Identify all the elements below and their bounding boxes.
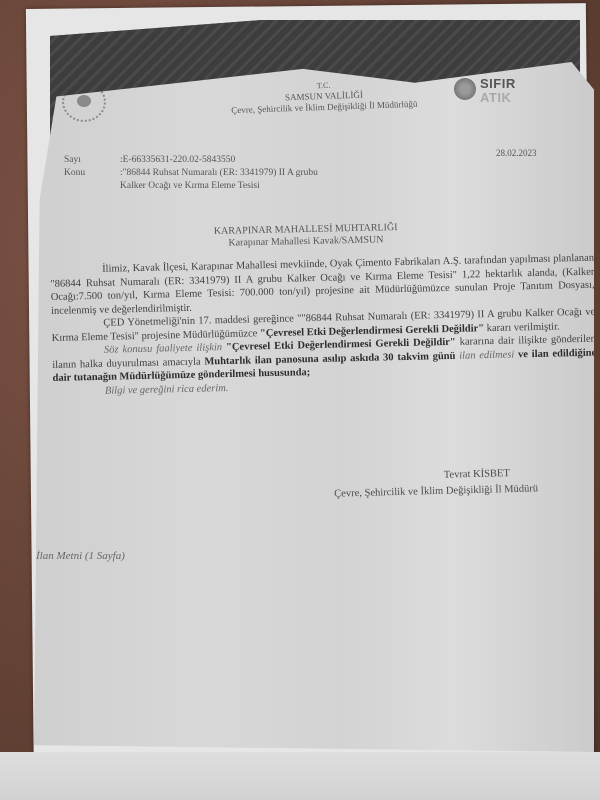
sayi-value: :E-66335631-220.02-5843550 xyxy=(120,154,330,167)
attachment-note: İlan Metni (1 Sayfa) xyxy=(36,550,125,562)
konu-label: Konu xyxy=(64,167,120,193)
sayi-label: Sayı xyxy=(64,154,120,167)
document-meta: Sayı :E-66335631-220.02-5843550 Konu :"8… xyxy=(64,154,330,193)
logo-text-line1: SIFIR xyxy=(480,76,516,91)
official-letter: T.C. SAMSUN VALİLİĞİ Çevre, Şehircilik v… xyxy=(34,62,594,752)
logo-text-line2: ATIK xyxy=(480,90,511,105)
zero-waste-icon xyxy=(454,78,476,100)
zero-waste-logo: SIFIR ATIK xyxy=(454,74,544,106)
konu-value: :"86844 Ruhsat Numaralı (ER: 3341979) II… xyxy=(120,167,330,193)
recipient-address: Karapınar Mahallesi Kavak/SAMSUN xyxy=(214,234,398,250)
signature-block: Tevrat KİSBET Çevre, Şehircilik ve İklim… xyxy=(334,463,600,502)
recipient: KARAPINAR MAHALLESİ MUHTARLIĞI Karapınar… xyxy=(214,222,398,250)
letter-body: İlimiz, Kavak İlçesi, Karapınar Mahalles… xyxy=(50,252,597,399)
document-date: 28.02.2023 xyxy=(496,148,537,158)
paper-under-edge xyxy=(0,752,600,800)
